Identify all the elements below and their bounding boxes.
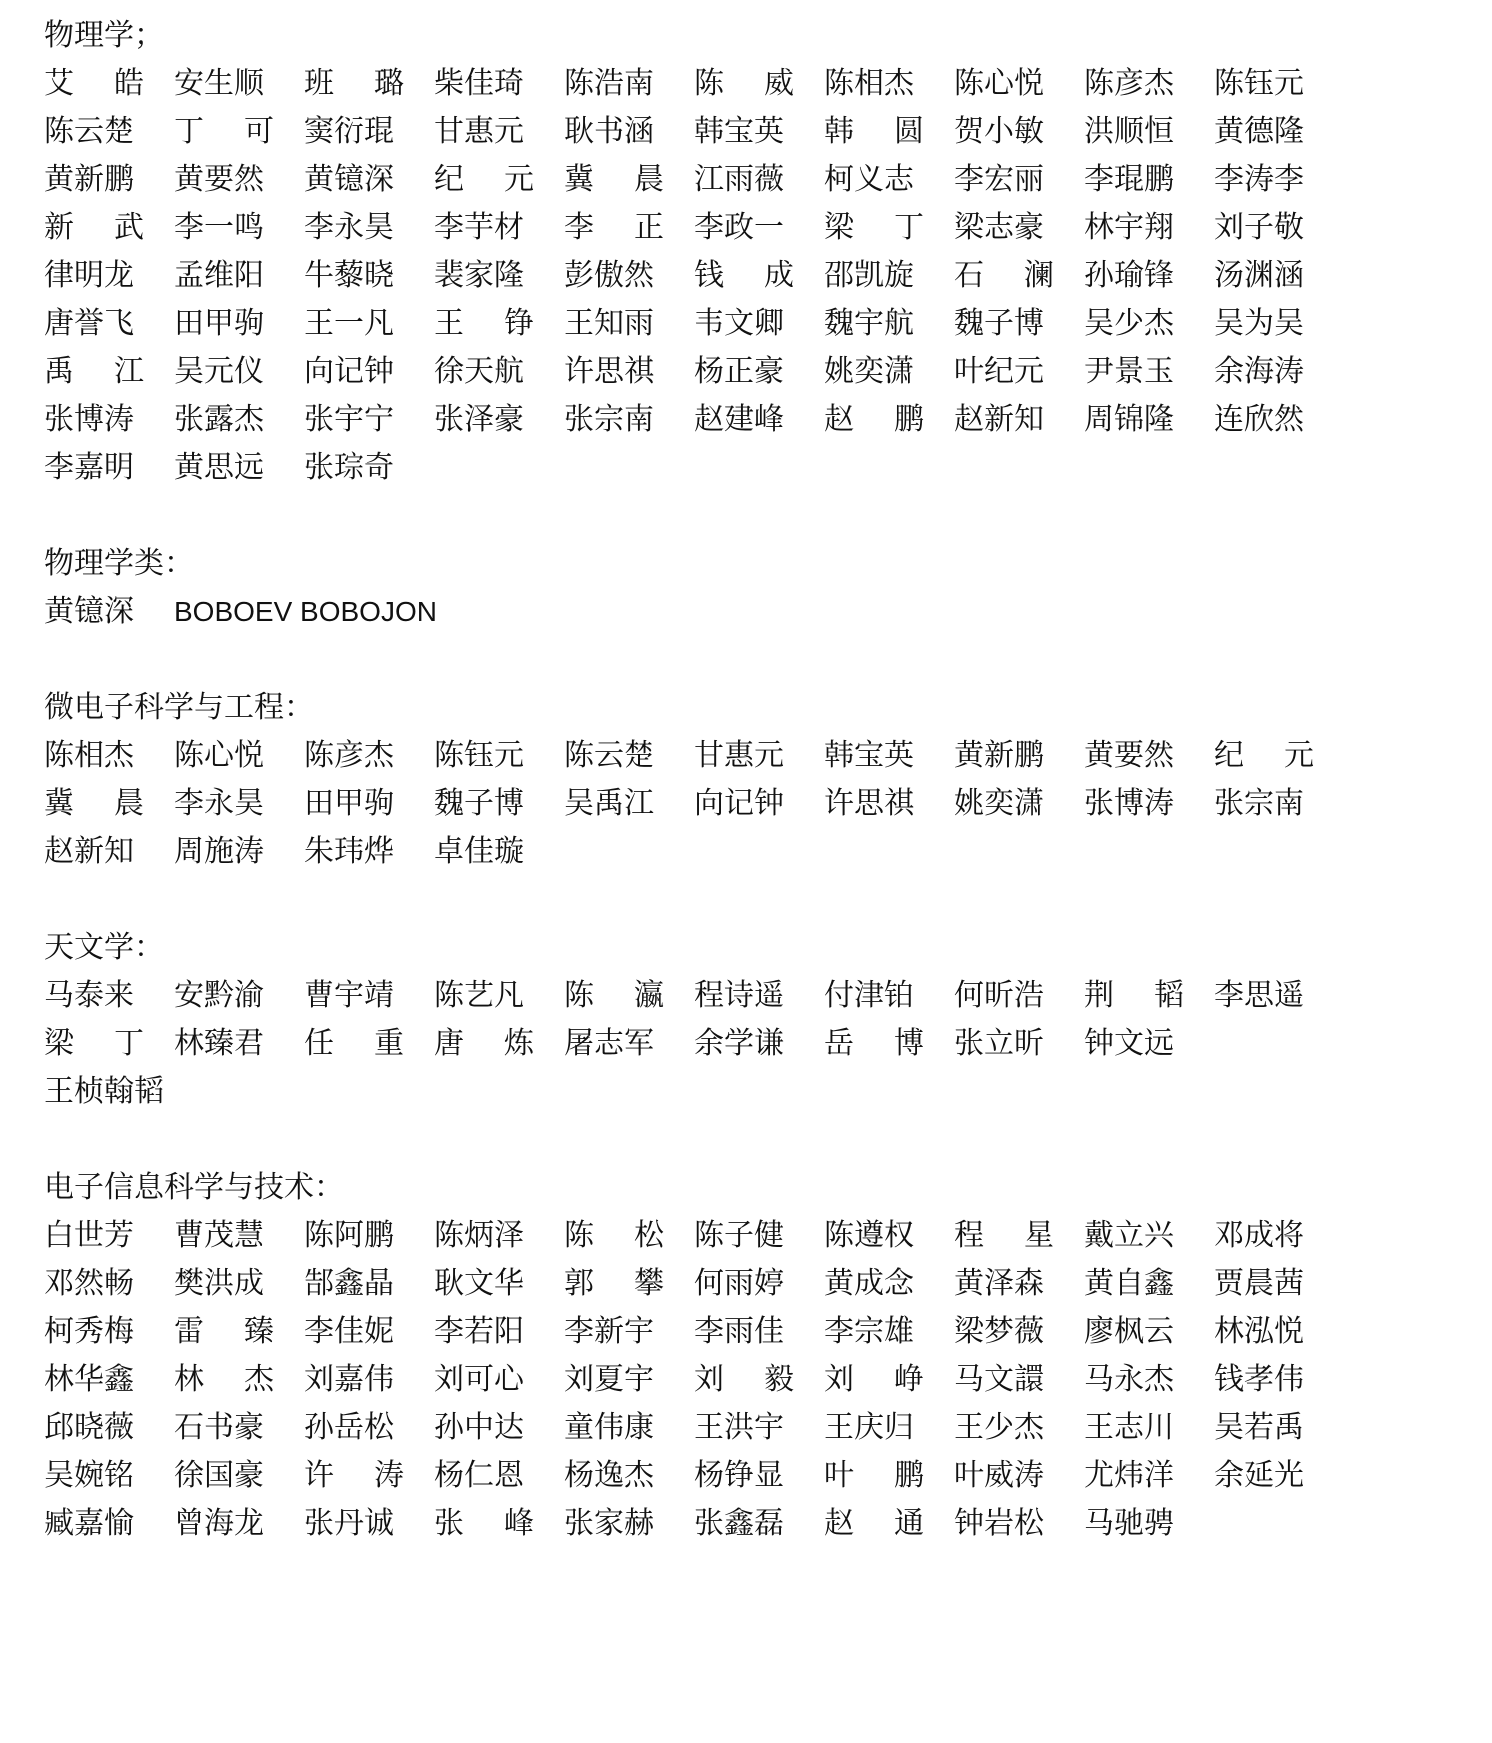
- name-entry: 魏子博: [954, 300, 1054, 348]
- name-entry: 魏子博: [434, 780, 534, 828]
- name-entry: 柴佳琦: [434, 60, 534, 108]
- name-entry: 余延光: [1214, 1452, 1314, 1500]
- name-entry: 廖枫云: [1084, 1308, 1184, 1356]
- name-entry: 唐炼: [434, 1020, 534, 1068]
- name-entry: 黄新鹏: [954, 732, 1054, 780]
- name-entry: 邓成将: [1214, 1212, 1314, 1260]
- name-entry: 黄新鹏: [44, 156, 144, 204]
- name-entry: 陈阿鹏: [304, 1212, 404, 1260]
- name-entry: 余海涛: [1214, 348, 1314, 396]
- name-entry-latin: BOBOEV BOBOJON: [174, 588, 437, 636]
- name-list: 黄镱深 BOBOEV BOBOJON: [44, 588, 1464, 636]
- name-entry: 田甲驹: [174, 300, 274, 348]
- name-entry: 魏宇航: [824, 300, 924, 348]
- name-entry: 耿文华: [434, 1260, 534, 1308]
- name-entry: 张琮奇: [304, 444, 404, 492]
- name-entry: 李佳妮: [304, 1308, 404, 1356]
- name-entry: 李涛李: [1214, 156, 1314, 204]
- name-entry: 吴若禹: [1214, 1404, 1314, 1452]
- name-entry: 安黔渝: [174, 972, 274, 1020]
- name-entry: 张丹诚: [304, 1500, 404, 1548]
- name-entry: 王洪宇: [694, 1404, 794, 1452]
- section-spacer: [44, 636, 1464, 684]
- name-entry: 徐国豪: [174, 1452, 274, 1500]
- name-entry: 赵建峰: [694, 396, 794, 444]
- name-entry: 陈彦杰: [1084, 60, 1184, 108]
- document-page: 物理学； 艾皓安生顺班璐柴佳琦陈浩南陈威陈相杰陈心悦陈彦杰陈钰元陈云楚丁可窦衍琨…: [44, 12, 1464, 1548]
- name-entry: 荆韬: [1084, 972, 1184, 1020]
- name-entry: 裴家隆: [434, 252, 534, 300]
- name-entry: 郭攀: [564, 1260, 664, 1308]
- name-entry: 黄镱深: [44, 588, 174, 636]
- name-entry: 王铮: [434, 300, 534, 348]
- section-microelectronics: 微电子科学与工程： 陈相杰陈心悦陈彦杰陈钰元陈云楚甘惠元韩宝英黄新鹏黄要然纪元冀…: [44, 684, 1464, 876]
- name-entry: 贾晨茜: [1214, 1260, 1314, 1308]
- name-entry: 李琨鹏: [1084, 156, 1184, 204]
- name-entry: 班璐: [304, 60, 404, 108]
- name-entry: 林华鑫: [44, 1356, 144, 1404]
- name-entry: 陈遵权: [824, 1212, 924, 1260]
- section-title: 微电子科学与工程：: [44, 684, 1464, 732]
- name-entry: 林杰: [174, 1356, 274, 1404]
- name-entry: 李嘉明: [44, 444, 144, 492]
- name-entry: 钟文远: [1084, 1020, 1184, 1068]
- name-entry: 付津铂: [824, 972, 924, 1020]
- name-entry: 李宏丽: [954, 156, 1054, 204]
- name-entry: 唐誉飞: [44, 300, 144, 348]
- name-entry: 陈彦杰: [304, 732, 404, 780]
- name-entry: 梁志豪: [954, 204, 1054, 252]
- name-entry: 何雨婷: [694, 1260, 794, 1308]
- name-entry: 张博涛: [44, 396, 144, 444]
- name-entry: 李宗雄: [824, 1308, 924, 1356]
- name-entry: 徐天航: [434, 348, 534, 396]
- name-entry: 艾皓: [44, 60, 144, 108]
- name-entry: 黄泽森: [954, 1260, 1054, 1308]
- name-entry: 张露杰: [174, 396, 274, 444]
- name-entry: 黄德隆: [1214, 108, 1314, 156]
- name-entry: 赵通: [824, 1500, 924, 1548]
- name-entry: 陈云楚: [564, 732, 664, 780]
- name-entry: 韦文卿: [694, 300, 794, 348]
- name-entry: 陈瀛: [564, 972, 664, 1020]
- section-title: 天文学：: [44, 924, 1464, 972]
- name-entry: 江雨薇: [694, 156, 794, 204]
- name-entry: 刘可心: [434, 1356, 534, 1404]
- name-entry: 石澜: [954, 252, 1054, 300]
- name-entry: 陈心悦: [954, 60, 1054, 108]
- name-entry: 安生顺: [174, 60, 274, 108]
- name-entry: 韩宝英: [824, 732, 924, 780]
- name-entry: 邓然畅: [44, 1260, 144, 1308]
- name-entry: 黄成念: [824, 1260, 924, 1308]
- name-entry: 许思祺: [564, 348, 664, 396]
- name-entry: 陈钰元: [1214, 60, 1314, 108]
- name-entry: 曾海龙: [174, 1500, 274, 1548]
- name-entry: 韩圆: [824, 108, 924, 156]
- name-entry: 彭傲然: [564, 252, 664, 300]
- name-entry: 甘惠元: [694, 732, 794, 780]
- name-entry: 黄镱深: [304, 156, 404, 204]
- name-entry: 刘嘉伟: [304, 1356, 404, 1404]
- name-entry: 许涛: [304, 1452, 404, 1500]
- name-entry: 尹景玉: [1084, 348, 1184, 396]
- name-entry: 林宇翔: [1084, 204, 1184, 252]
- name-entry: 梁丁: [824, 204, 924, 252]
- section-physics-category: 物理学类： 黄镱深 BOBOEV BOBOJON: [44, 540, 1464, 636]
- name-entry: 尤炜洋: [1084, 1452, 1184, 1500]
- name-entry: 张立昕: [954, 1020, 1054, 1068]
- name-entry: 曹宇靖: [304, 972, 404, 1020]
- name-entry: 李正: [564, 204, 664, 252]
- name-entry: 李新宇: [564, 1308, 664, 1356]
- name-entry: 岳博: [824, 1020, 924, 1068]
- name-entry: 叶纪元: [954, 348, 1054, 396]
- name-entry: 禹江: [44, 348, 144, 396]
- name-entry: 马文譞: [954, 1356, 1054, 1404]
- name-entry: 王少杰: [954, 1404, 1054, 1452]
- name-entry: 姚奕潇: [954, 780, 1054, 828]
- name-entry: 黄自鑫: [1084, 1260, 1184, 1308]
- name-entry: 李永昊: [174, 780, 274, 828]
- name-entry: 曹茂慧: [174, 1212, 274, 1260]
- name-entry: 吴禹江: [564, 780, 664, 828]
- name-entry: 纪元: [1214, 732, 1314, 780]
- name-entry: 雷臻: [174, 1308, 274, 1356]
- name-entry: 洪顺恒: [1084, 108, 1184, 156]
- name-entry: 孙瑜锋: [1084, 252, 1184, 300]
- name-entry: 杨仁恩: [434, 1452, 534, 1500]
- section-spacer: [44, 1116, 1464, 1164]
- name-entry: 新武: [44, 204, 144, 252]
- name-entry: 何昕浩: [954, 972, 1054, 1020]
- name-entry: 陈炳泽: [434, 1212, 534, 1260]
- name-list: 艾皓安生顺班璐柴佳琦陈浩南陈威陈相杰陈心悦陈彦杰陈钰元陈云楚丁可窦衍琨甘惠元耿书…: [44, 60, 1464, 492]
- name-entry: 杨正豪: [694, 348, 794, 396]
- name-entry: 陈相杰: [44, 732, 144, 780]
- name-entry: 卓佳璇: [434, 828, 534, 876]
- name-entry: 王知雨: [564, 300, 664, 348]
- name-entry: 程星: [954, 1212, 1054, 1260]
- name-entry: 柯秀梅: [44, 1308, 144, 1356]
- name-entry: 贺小敏: [954, 108, 1054, 156]
- name-entry: 冀晨: [44, 780, 144, 828]
- name-entry: 程诗遥: [694, 972, 794, 1020]
- name-entry: 连欣然: [1214, 396, 1314, 444]
- name-entry: 律明龙: [44, 252, 144, 300]
- name-entry: 陈云楚: [44, 108, 144, 156]
- name-entry: 田甲驹: [304, 780, 404, 828]
- name-entry: 李雨佳: [694, 1308, 794, 1356]
- name-entry: 邵凯旋: [824, 252, 924, 300]
- name-entry: 刘子敬: [1214, 204, 1314, 252]
- name-entry: 纪元: [434, 156, 534, 204]
- name-entry: 牛藜晓: [304, 252, 404, 300]
- name-entry: 陈钰元: [434, 732, 534, 780]
- name-entry: 朱玮烨: [304, 828, 404, 876]
- name-entry: 臧嘉愉: [44, 1500, 144, 1548]
- name-entry: 李永昊: [304, 204, 404, 252]
- section-title: 电子信息科学与技术：: [44, 1164, 1464, 1212]
- name-list: 陈相杰陈心悦陈彦杰陈钰元陈云楚甘惠元韩宝英黄新鹏黄要然纪元冀晨李永昊田甲驹魏子博…: [44, 732, 1464, 876]
- name-entry: 柯义志: [824, 156, 924, 204]
- name-entry: 丁可: [174, 108, 274, 156]
- name-entry: 汤渊涵: [1214, 252, 1314, 300]
- name-entry: 姚奕潇: [824, 348, 924, 396]
- name-entry: 黄思远: [174, 444, 274, 492]
- name-entry: 戴立兴: [1084, 1212, 1184, 1260]
- name-entry: 耿书涵: [564, 108, 664, 156]
- name-entry: 黄要然: [174, 156, 274, 204]
- name-entry: 王桢翰韬: [44, 1068, 144, 1116]
- name-entry: 窦衍琨: [304, 108, 404, 156]
- name-entry: 向记钟: [304, 348, 404, 396]
- section-astronomy: 天文学： 马泰来安黔渝曹宇靖陈艺凡陈瀛程诗遥付津铂何昕浩荆韬李思遥梁丁林臻君任重…: [44, 924, 1464, 1116]
- name-entry: 李政一: [694, 204, 794, 252]
- name-entry: 樊洪成: [174, 1260, 274, 1308]
- name-entry: 刘峥: [824, 1356, 924, 1404]
- name-entry: 钱孝伟: [1214, 1356, 1314, 1404]
- name-entry: 许思祺: [824, 780, 924, 828]
- name-entry: 陈心悦: [174, 732, 274, 780]
- name-entry: 白世芳: [44, 1212, 144, 1260]
- name-entry: 刘夏宇: [564, 1356, 664, 1404]
- name-entry: 王一凡: [304, 300, 404, 348]
- section-physics: 物理学； 艾皓安生顺班璐柴佳琦陈浩南陈威陈相杰陈心悦陈彦杰陈钰元陈云楚丁可窦衍琨…: [44, 12, 1464, 492]
- name-entry: 韩宝英: [694, 108, 794, 156]
- name-entry: 石书豪: [174, 1404, 274, 1452]
- name-entry: 马永杰: [1084, 1356, 1184, 1404]
- name-entry: 梁梦薇: [954, 1308, 1054, 1356]
- name-entry: 王庆归: [824, 1404, 924, 1452]
- name-entry: 陈松: [564, 1212, 664, 1260]
- name-entry: 屠志军: [564, 1020, 664, 1068]
- section-spacer: [44, 492, 1464, 540]
- name-entry: 张鑫磊: [694, 1500, 794, 1548]
- name-entry: 陈相杰: [824, 60, 924, 108]
- name-entry: 林泓悦: [1214, 1308, 1314, 1356]
- name-entry: 赵鹏: [824, 396, 924, 444]
- section-title: 物理学；: [44, 12, 1464, 60]
- name-entry: 陈浩南: [564, 60, 664, 108]
- name-entry: 黄要然: [1084, 732, 1184, 780]
- name-entry: 张宇宁: [304, 396, 404, 444]
- name-entry: 叶威涛: [954, 1452, 1054, 1500]
- name-entry: 李芋材: [434, 204, 534, 252]
- name-entry: 赵新知: [44, 828, 144, 876]
- name-entry: 余学谦: [694, 1020, 794, 1068]
- name-entry: 王志川: [1084, 1404, 1184, 1452]
- name-entry: 张宗南: [564, 396, 664, 444]
- name-entry: 李若阳: [434, 1308, 534, 1356]
- name-entry: 钟岩松: [954, 1500, 1054, 1548]
- name-entry: 邱晓薇: [44, 1404, 144, 1452]
- name-entry: 郜鑫晶: [304, 1260, 404, 1308]
- name-entry: 周施涛: [174, 828, 274, 876]
- name-entry: 林臻君: [174, 1020, 274, 1068]
- name-entry: 甘惠元: [434, 108, 534, 156]
- name-entry: 马泰来: [44, 972, 144, 1020]
- name-entry: 李一鸣: [174, 204, 274, 252]
- name-entry: 任重: [304, 1020, 404, 1068]
- name-entry: 张宗南: [1214, 780, 1314, 828]
- section-title: 物理学类：: [44, 540, 1464, 588]
- name-entry: 孟维阳: [174, 252, 274, 300]
- name-entry: 冀晨: [564, 156, 664, 204]
- name-entry: 杨铮显: [694, 1452, 794, 1500]
- name-entry: 吴婉铭: [44, 1452, 144, 1500]
- name-entry: 吴为吴: [1214, 300, 1314, 348]
- name-entry: 陈威: [694, 60, 794, 108]
- name-entry: 向记钟: [694, 780, 794, 828]
- name-entry: 孙中达: [434, 1404, 534, 1452]
- section-spacer: [44, 876, 1464, 924]
- name-list: 白世芳曹茂慧陈阿鹏陈炳泽陈松陈子健陈遵权程星戴立兴邓成将邓然畅樊洪成郜鑫晶耿文华…: [44, 1212, 1464, 1548]
- name-entry: 杨逸杰: [564, 1452, 664, 1500]
- name-list-overflow: 王桢翰韬: [44, 1068, 1464, 1116]
- name-entry: 马驰骋: [1084, 1500, 1184, 1548]
- name-entry: 张博涛: [1084, 780, 1184, 828]
- name-list: 马泰来安黔渝曹宇靖陈艺凡陈瀛程诗遥付津铂何昕浩荆韬李思遥梁丁林臻君任重唐炼屠志军…: [44, 972, 1464, 1068]
- name-entry: 吴元仪: [174, 348, 274, 396]
- name-entry: 童伟康: [564, 1404, 664, 1452]
- name-entry: 刘毅: [694, 1356, 794, 1404]
- name-entry: 梁丁: [44, 1020, 144, 1068]
- name-entry: 孙岳松: [304, 1404, 404, 1452]
- name-entry: 李思遥: [1214, 972, 1314, 1020]
- name-entry: 张家赫: [564, 1500, 664, 1548]
- name-entry: 叶鹏: [824, 1452, 924, 1500]
- name-entry: 吴少杰: [1084, 300, 1184, 348]
- name-entry: 钱成: [694, 252, 794, 300]
- name-entry: 陈子健: [694, 1212, 794, 1260]
- name-entry: 周锦隆: [1084, 396, 1184, 444]
- name-entry: 陈艺凡: [434, 972, 534, 1020]
- name-entry: 赵新知: [954, 396, 1054, 444]
- section-electronic-info: 电子信息科学与技术： 白世芳曹茂慧陈阿鹏陈炳泽陈松陈子健陈遵权程星戴立兴邓成将邓…: [44, 1164, 1464, 1548]
- name-entry: 张泽豪: [434, 396, 534, 444]
- name-entry: 张峰: [434, 1500, 534, 1548]
